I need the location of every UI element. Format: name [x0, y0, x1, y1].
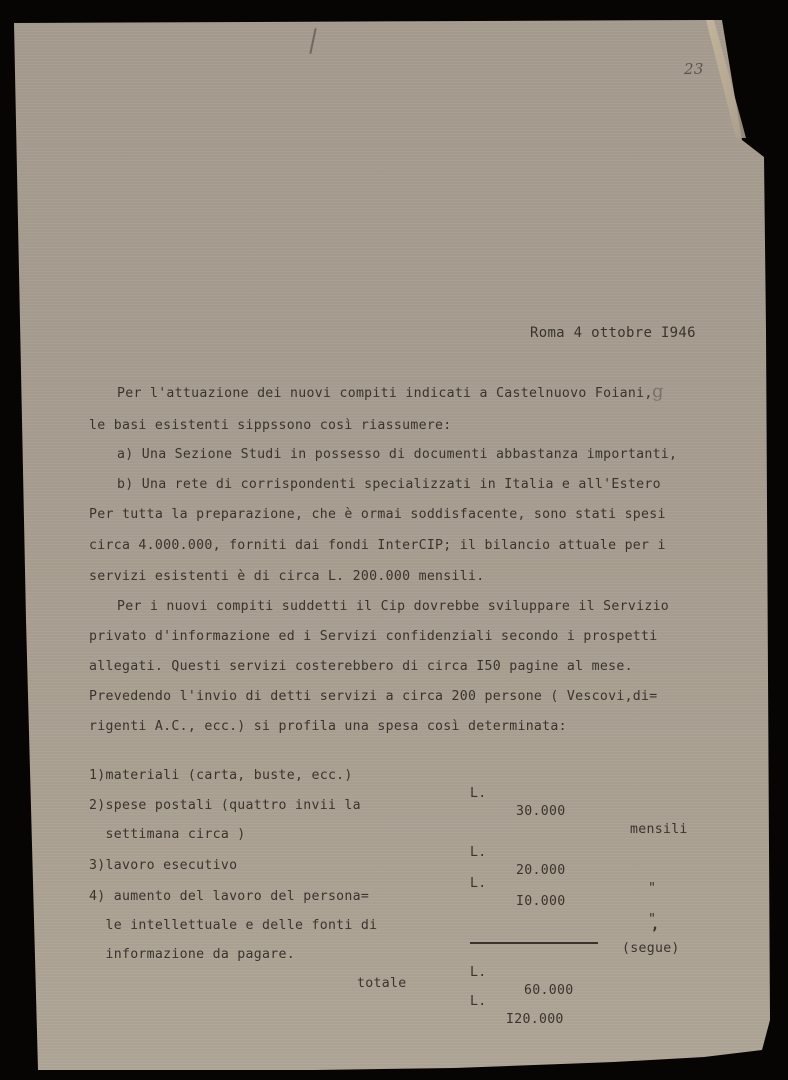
currency-symbol: L. [470, 993, 486, 1011]
paragraph-1-line-2: le basi esistenti sippssono così riassum… [89, 417, 452, 435]
paragraph-2-line-2: circa 4.000.000, forniti dai fondi Inter… [89, 537, 666, 555]
continuation-label: (segue) [622, 940, 680, 958]
total-amount: I20.000 [506, 1011, 564, 1029]
page-number: 23 [684, 60, 704, 78]
paragraph-3-line-5: rigenti A.C., ecc.) si profila una spesa… [89, 718, 567, 736]
paragraph-3-line-4: Prevedendo l'invio di detti servizi a ci… [89, 688, 658, 706]
list-item-b: b) Una rete di corrispondenti specializz… [117, 476, 661, 494]
paragraph-2-line-3: servizi esistenti è di circa L. 200.000 … [89, 568, 485, 586]
paragraph-2-line-1: Per tutta la preparazione, che è ormai s… [89, 506, 666, 524]
list-item-a: a) Una Sezione Studi in possesso di docu… [117, 446, 677, 464]
pencil-mark [309, 28, 316, 54]
date-line: Roma 4 ottobre I946 [530, 324, 696, 342]
paragraph-3-line-2: privato d'informazione ed i Servizi conf… [89, 628, 658, 646]
paragraph-1-line-1: Per l'attuazione dei nuovi compiti indic… [117, 385, 653, 403]
scan-background: 23 Roma 4 ottobre I946 Per l'attuazione … [0, 0, 788, 1080]
handwritten-correction: g [652, 381, 664, 402]
document-body: 23 Roma 4 ottobre I946 Per l'attuazione … [0, 0, 788, 1080]
total-row: totale L. I20.000 [0, 957, 788, 1047]
total-label: totale [357, 975, 406, 993]
sum-underline [470, 942, 598, 944]
paragraph-3-line-1: Per i nuovi compiti suddetti il Cip dovr… [117, 598, 669, 616]
paragraph-3-line-3: allegati. Questi servizi costerebbero di… [89, 658, 633, 676]
